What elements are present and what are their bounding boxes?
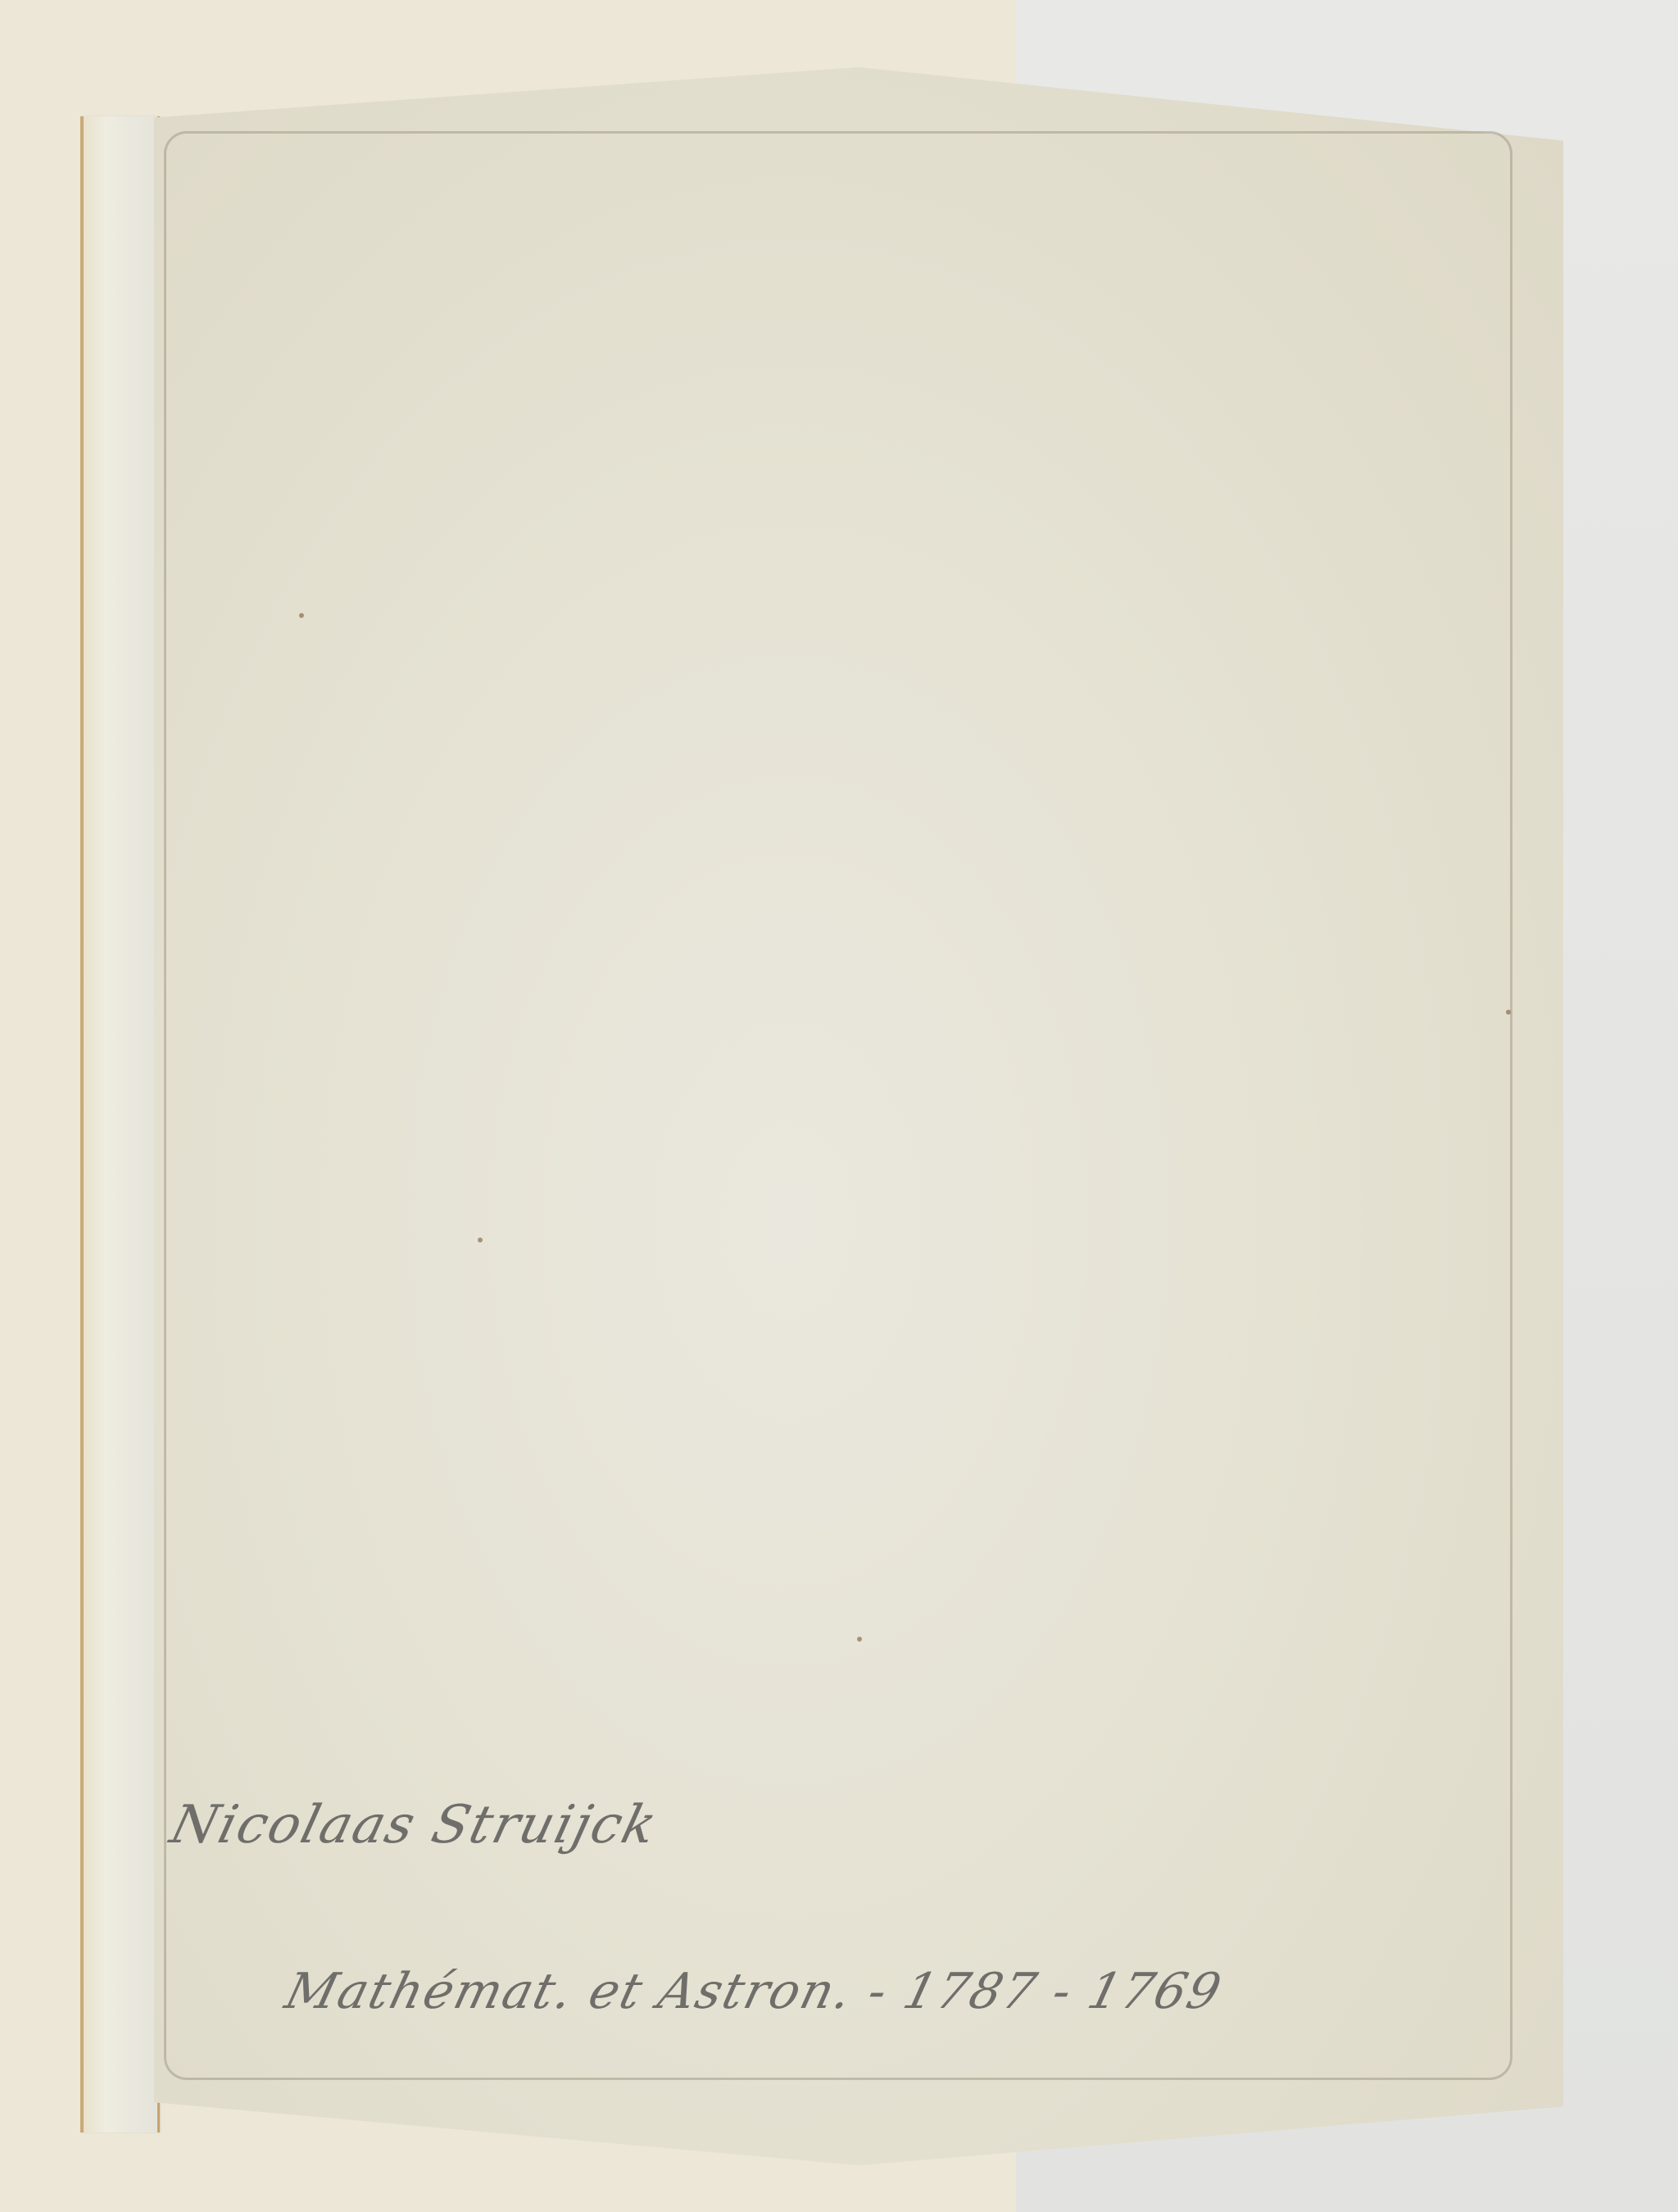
handwritten-subject-dates: Mathémat. et Astron. - 1787 - 1769	[279, 1963, 1228, 2020]
handwritten-name: Nicolaas Struijck	[165, 1795, 664, 1855]
book-spine-strip	[80, 116, 160, 2133]
foxing-spot	[299, 613, 304, 618]
foxing-spot	[857, 1637, 862, 1642]
foxing-spot	[478, 1238, 483, 1242]
foxing-spot	[1506, 1010, 1511, 1015]
